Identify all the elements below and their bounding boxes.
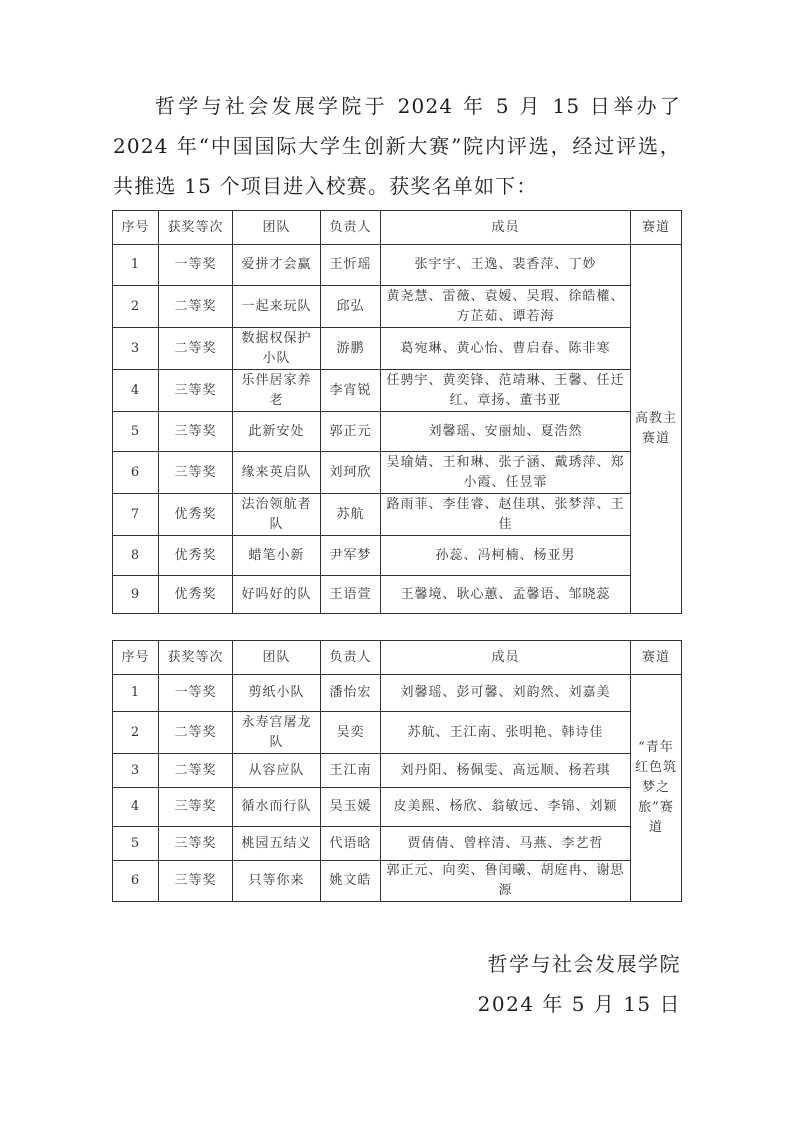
cell-team: 乐伴居家养老 xyxy=(233,370,321,412)
table-row: 7优秀奖法治领航者队苏航路雨菲、李佳睿、赵佳琪、张梦萍、王佳 xyxy=(113,494,682,536)
cell-no: 9 xyxy=(113,576,159,614)
cell-members: 路雨菲、李佳睿、赵佳琪、张梦萍、王佳 xyxy=(381,494,631,536)
header-track: 赛道 xyxy=(631,211,682,245)
cell-award: 一等奖 xyxy=(159,675,233,712)
cell-no: 6 xyxy=(113,452,159,494)
cell-members: 黄尧慧、雷薇、袁嫒、吴瑕、徐皓權、方芷茹、谭若海 xyxy=(381,286,631,328)
cell-members: 刘丹阳、杨佩雯、高远顺、杨若琪 xyxy=(381,754,631,788)
header-team: 团队 xyxy=(233,641,321,675)
cell-track: 高教主赛道 xyxy=(631,245,682,614)
cell-team: 法治领航者队 xyxy=(233,494,321,536)
cell-team: 蜡笔小新 xyxy=(233,536,321,576)
cell-award: 三等奖 xyxy=(159,370,233,412)
cell-no: 6 xyxy=(113,861,159,902)
cell-no: 1 xyxy=(113,245,159,286)
cell-no: 3 xyxy=(113,754,159,788)
cell-members: 贾倩倩、曾梓清、马燕、李艺哲 xyxy=(381,827,631,861)
cell-no: 3 xyxy=(113,328,159,370)
table-row: 4三等奖循水而行队吴玉媛皮美熙、杨欣、翁敏远、李锦、刘颖 xyxy=(113,788,682,827)
cell-award: 一等奖 xyxy=(159,245,233,286)
table-row: 2二等奖一起来玩队邱弘黄尧慧、雷薇、袁嫒、吴瑕、徐皓權、方芷茹、谭若海 xyxy=(113,286,682,328)
cell-leader: 王语萱 xyxy=(321,576,381,614)
header-no: 序号 xyxy=(113,641,159,675)
table-header-row: 序号 获奖等次 团队 负责人 成员 赛道 xyxy=(113,211,682,245)
table-row: 5三等奖此新安处郭正元刘馨瑶、安丽灿、夏浩然 xyxy=(113,412,682,452)
cell-leader: 吴玉媛 xyxy=(321,788,381,827)
cell-members: 张宇宇、王逸、裴香萍、丁妙 xyxy=(381,245,631,286)
cell-award: 二等奖 xyxy=(159,712,233,754)
cell-members: 皮美熙、杨欣、翁敏远、李锦、刘颖 xyxy=(381,788,631,827)
cell-award: 二等奖 xyxy=(159,286,233,328)
cell-leader: 李宵锐 xyxy=(321,370,381,412)
cell-track: “青年红色筑梦之旅”赛道 xyxy=(631,675,682,902)
cell-team: 只等你来 xyxy=(233,861,321,902)
cell-members: 吴瑜婧、王和琳、张子涵、戴琇萍、郑小霞、任昱霏 xyxy=(381,452,631,494)
table-row: 9优秀奖好吗好的队王语萱王馨境、耿心蕙、孟馨语、邹晓蕊 xyxy=(113,576,682,614)
cell-leader: 游鹏 xyxy=(321,328,381,370)
cell-award: 三等奖 xyxy=(159,412,233,452)
cell-leader: 代语晗 xyxy=(321,827,381,861)
signature-organization: 哲学与社会发展学院 xyxy=(488,948,682,977)
header-leader: 负责人 xyxy=(321,641,381,675)
cell-award: 优秀奖 xyxy=(159,494,233,536)
table-row: 2二等奖永寿宫屠龙队吴奕苏航、王江南、张明艳、韩诗佳 xyxy=(113,712,682,754)
table-row: 1一等奖爱拼才会赢王忻瑶张宇宇、王逸、裴香萍、丁妙高教主赛道 xyxy=(113,245,682,286)
cell-award: 二等奖 xyxy=(159,754,233,788)
cell-leader: 苏航 xyxy=(321,494,381,536)
cell-team: 缘来英启队 xyxy=(233,452,321,494)
signature-date: 2024 年 5 月 15 日 xyxy=(478,988,681,1017)
table-row: 6三等奖缘来英启队刘珂欣吴瑜婧、王和琳、张子涵、戴琇萍、郑小霞、任昱霏 xyxy=(113,452,682,494)
cell-members: 孙蕊、冯柯楠、杨亚男 xyxy=(381,536,631,576)
header-members: 成员 xyxy=(381,211,631,245)
cell-team: 循水而行队 xyxy=(233,788,321,827)
cell-leader: 潘怡宏 xyxy=(321,675,381,712)
cell-no: 1 xyxy=(113,675,159,712)
cell-leader: 邱弘 xyxy=(321,286,381,328)
cell-team: 数据权保护小队 xyxy=(233,328,321,370)
header-team: 团队 xyxy=(233,211,321,245)
cell-members: 王馨境、耿心蕙、孟馨语、邹晓蕊 xyxy=(381,576,631,614)
cell-leader: 王江南 xyxy=(321,754,381,788)
table-row: 8优秀奖蜡笔小新尹军梦孙蕊、冯柯楠、杨亚男 xyxy=(113,536,682,576)
cell-no: 5 xyxy=(113,412,159,452)
table-row: 3二等奖数据权保护小队游鹏葛宛琳、黄心怡、曹启春、陈非寒 xyxy=(113,328,682,370)
cell-no: 5 xyxy=(113,827,159,861)
cell-team: 好吗好的队 xyxy=(233,576,321,614)
cell-no: 8 xyxy=(113,536,159,576)
cell-team: 剪纸小队 xyxy=(233,675,321,712)
cell-leader: 吴奕 xyxy=(321,712,381,754)
cell-team: 爱拼才会赢 xyxy=(233,245,321,286)
awards-table-red-track: 序号 获奖等次 团队 负责人 成员 赛道 1一等奖剪纸小队潘怡宏刘馨瑶、彭可馨、… xyxy=(112,640,682,902)
cell-no: 2 xyxy=(113,286,159,328)
table-row: 5三等奖桃园五结义代语晗贾倩倩、曾梓清、马燕、李艺哲 xyxy=(113,827,682,861)
header-track: 赛道 xyxy=(631,641,682,675)
cell-award: 优秀奖 xyxy=(159,536,233,576)
table-row: 6三等奖只等你来姚文皓郭正元、向奕、鲁闰曦、胡庭冉、谢思源 xyxy=(113,861,682,902)
cell-no: 2 xyxy=(113,712,159,754)
cell-no: 4 xyxy=(113,788,159,827)
cell-leader: 郭正元 xyxy=(321,412,381,452)
cell-award: 三等奖 xyxy=(159,452,233,494)
intro-paragraph: 哲学与社会发展学院于 2024 年 5 月 15 日举办了 2024 年“中国国… xyxy=(113,86,681,206)
cell-members: 郭正元、向奕、鲁闰曦、胡庭冉、谢思源 xyxy=(381,861,631,902)
cell-team: 一起来玩队 xyxy=(233,286,321,328)
cell-no: 4 xyxy=(113,370,159,412)
cell-award: 三等奖 xyxy=(159,788,233,827)
cell-members: 任骋宇、黄奕锋、范靖琳、王馨、任迁红、章扬、董书亚 xyxy=(381,370,631,412)
table-header-row: 序号 获奖等次 团队 负责人 成员 赛道 xyxy=(113,641,682,675)
cell-no: 7 xyxy=(113,494,159,536)
cell-members: 苏航、王江南、张明艳、韩诗佳 xyxy=(381,712,631,754)
cell-leader: 尹军梦 xyxy=(321,536,381,576)
cell-team: 从容应队 xyxy=(233,754,321,788)
header-award: 获奖等次 xyxy=(159,211,233,245)
cell-members: 葛宛琳、黄心怡、曹启春、陈非寒 xyxy=(381,328,631,370)
table-row: 1一等奖剪纸小队潘怡宏刘馨瑶、彭可馨、刘韵然、刘嘉美“青年红色筑梦之旅”赛道 xyxy=(113,675,682,712)
header-members: 成员 xyxy=(381,641,631,675)
cell-team: 桃园五结义 xyxy=(233,827,321,861)
cell-leader: 姚文皓 xyxy=(321,861,381,902)
cell-award: 二等奖 xyxy=(159,328,233,370)
header-leader: 负责人 xyxy=(321,211,381,245)
header-award: 获奖等次 xyxy=(159,641,233,675)
cell-team: 此新安处 xyxy=(233,412,321,452)
cell-members: 刘馨瑶、彭可馨、刘韵然、刘嘉美 xyxy=(381,675,631,712)
cell-award: 三等奖 xyxy=(159,861,233,902)
cell-award: 三等奖 xyxy=(159,827,233,861)
header-no: 序号 xyxy=(113,211,159,245)
cell-award: 优秀奖 xyxy=(159,576,233,614)
cell-leader: 王忻瑶 xyxy=(321,245,381,286)
cell-members: 刘馨瑶、安丽灿、夏浩然 xyxy=(381,412,631,452)
table-row: 4三等奖乐伴居家养老李宵锐任骋宇、黄奕锋、范靖琳、王馨、任迁红、章扬、董书亚 xyxy=(113,370,682,412)
table-row: 3二等奖从容应队王江南刘丹阳、杨佩雯、高远顺、杨若琪 xyxy=(113,754,682,788)
cell-leader: 刘珂欣 xyxy=(321,452,381,494)
cell-team: 永寿宫屠龙队 xyxy=(233,712,321,754)
awards-table-main-track: 序号 获奖等次 团队 负责人 成员 赛道 1一等奖爱拼才会赢王忻瑶张宇宇、王逸、… xyxy=(112,210,682,614)
